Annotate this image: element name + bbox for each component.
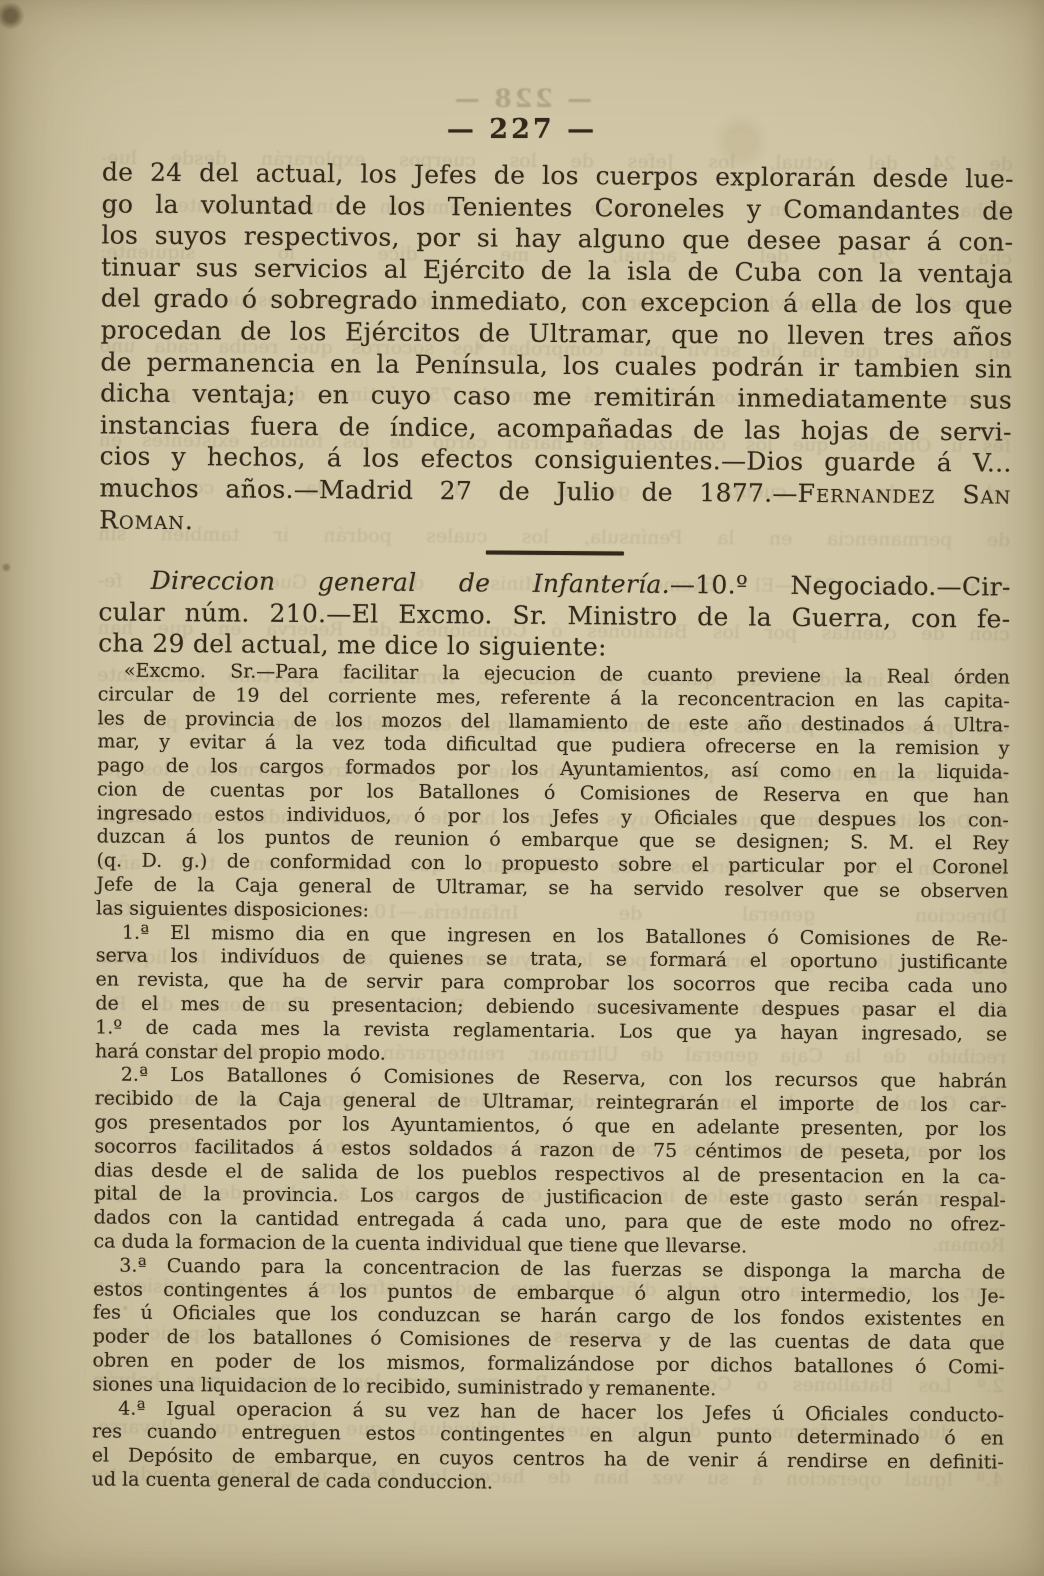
text-segment: procedan de los Ejércitos de Ultramar, q… bbox=[101, 315, 1013, 351]
circular-closing-paragraph: de 24 del actual, los Jefes de los cuerp… bbox=[99, 156, 1014, 542]
bleedthrough-page-number: — 228 — bbox=[0, 84, 1044, 113]
text-segment: hará constar del propio modo. bbox=[95, 1040, 386, 1064]
royal-order-intro-paragraph: «Excmo. Sr.—Para facilitar la ejecucion … bbox=[96, 659, 1010, 928]
text-segment: las siguientes disposiciones: bbox=[96, 897, 369, 921]
text-segment: dicha ventaja; en cuyo caso me remitirán… bbox=[100, 379, 1012, 415]
text-segment: —10.º Negociado.—Cir- bbox=[670, 570, 1011, 602]
disposition-3-paragraph: 3.ª Cuando para la concentracion de las … bbox=[92, 1254, 1005, 1404]
text-segment: cha 29 del actual, me dice lo siguiente: bbox=[98, 629, 607, 662]
text-segment: Direccion general de Infantería. bbox=[151, 566, 670, 599]
disposition-1-paragraph: 1.ª El mismo dia en que ingresen en los … bbox=[95, 921, 1008, 1071]
text-segment: los suyos respectivos, por si hay alguno… bbox=[101, 221, 1013, 257]
text-segment: Roman. bbox=[99, 505, 194, 535]
disposition-4-paragraph: 4.ª Igual operacion á su vez han de hace… bbox=[92, 1397, 1005, 1499]
section-divider-rule bbox=[486, 551, 624, 556]
text-segment: ca duda la formacion de la cuenta indivi… bbox=[93, 1230, 747, 1257]
text-segment: siones una liquidacion de lo recibido, s… bbox=[92, 1373, 716, 1400]
text-segment: de 24 del actual, los Jefes de los cuerp… bbox=[102, 157, 1014, 193]
text-segment: ud la cuenta general de cada conduccion. bbox=[92, 1468, 494, 1493]
scanned-document-page: — 228 — — 227 — de 24 del actual, los Je… bbox=[0, 0, 1044, 1576]
disposition-2-paragraph: 2.ª Los Batallones ó Comisiones de Reser… bbox=[93, 1064, 1006, 1262]
page-number: — 227 — bbox=[0, 114, 1044, 145]
page-text-block: de 24 del actual, los Jefes de los cuerp… bbox=[92, 156, 1014, 1499]
text-segment: Fernandez San bbox=[798, 479, 1012, 510]
circular-heading-paragraph: Direccion general de Infantería.—10.º Ne… bbox=[98, 565, 1011, 667]
text-segment: muchos años.—Madrid 27 de Julio de 1877.… bbox=[99, 473, 798, 507]
